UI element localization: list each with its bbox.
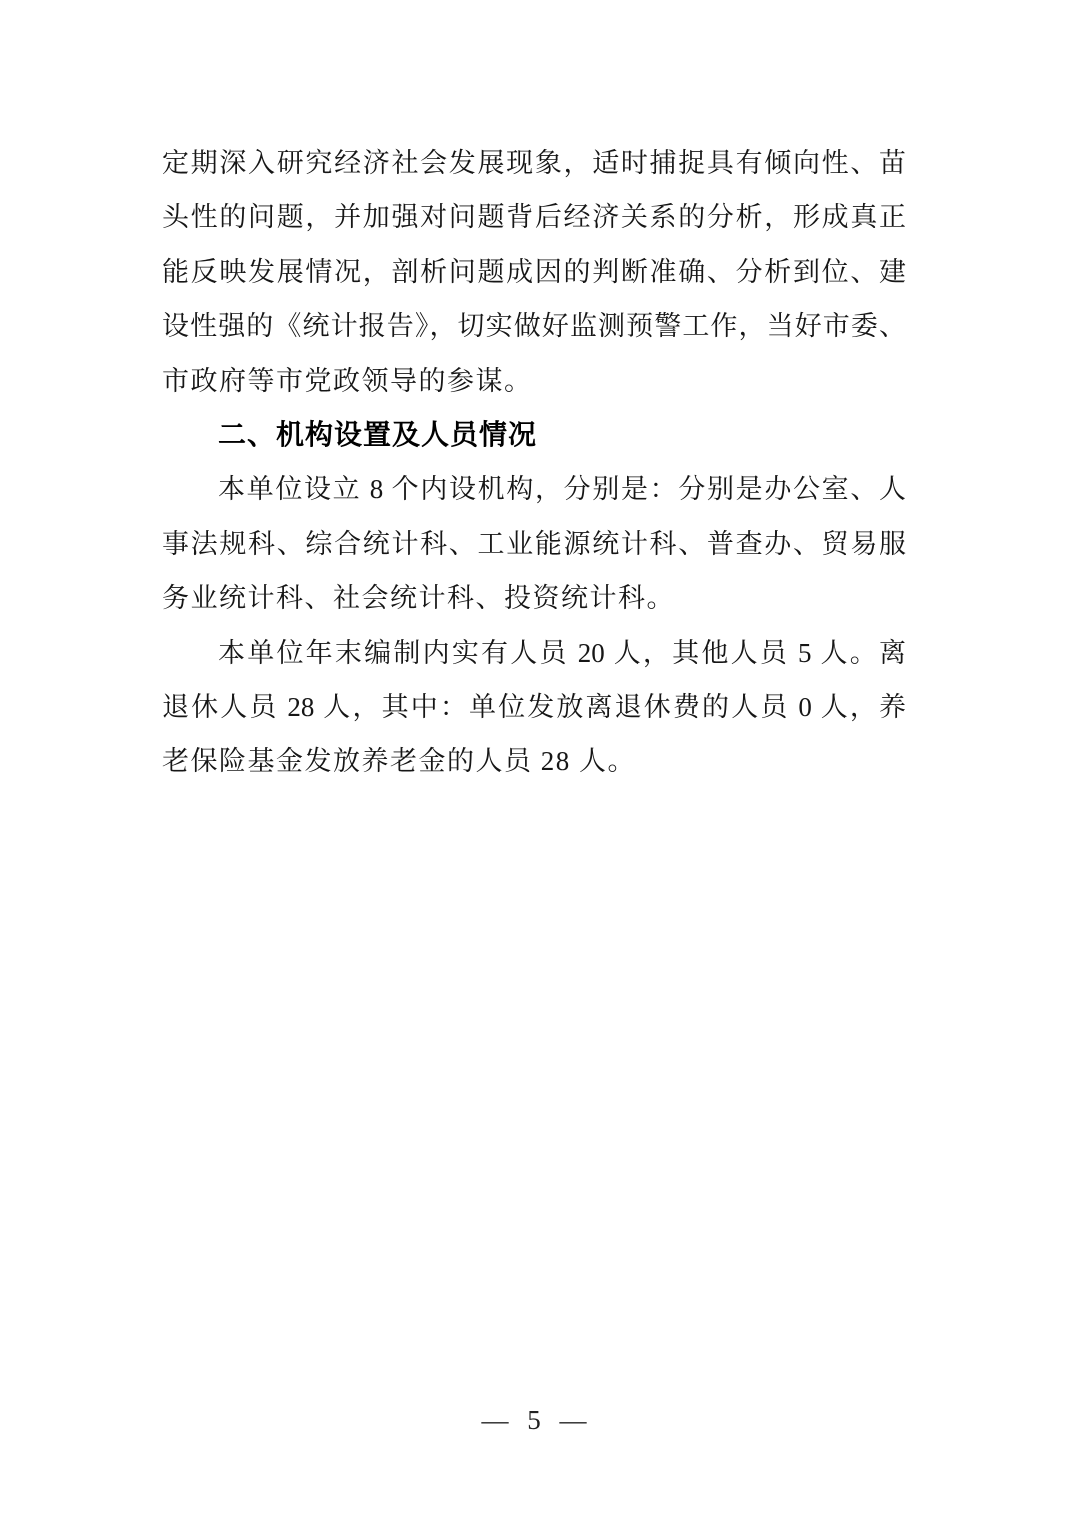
text-line: 务业统计科、社会统计科、投资统计科。 (162, 571, 906, 625)
page-footer: — 5 — (0, 1398, 1074, 1442)
text-line: 头性的问题，并加强对问题背后经济关系的分析，形成真正 (162, 190, 906, 244)
text-line: 事法规科、综合统计科、工业能源统计科、普查办、贸易服 (162, 517, 906, 571)
document-page: 定期深入研究经济社会发展现象，适时捕捉具有倾向性、苗头性的问题，并加强对问题背后… (0, 0, 1074, 1520)
text-line: 本单位设立 8 个内设机构，分别是：分别是办公室、人 (162, 462, 906, 516)
text-line: 退休人员 28 人，其中：单位发放离退休费的人员 0 人，养 (162, 680, 906, 734)
paragraph-statistical-report-duties: 定期深入研究经济社会发展现象，适时捕捉具有倾向性、苗头性的问题，并加强对问题背后… (162, 136, 906, 408)
heading-text-line: 二、机构设置及人员情况 (162, 408, 906, 462)
section-heading-2: 二、机构设置及人员情况 (162, 408, 906, 462)
text-line: 本单位年末编制内实有人员 20 人，其他人员 5 人。离 (162, 626, 906, 680)
text-line: 能反映发展情况，剖析问题成因的判断准确、分析到位、建 (162, 245, 906, 299)
text-line: 市政府等市党政领导的参谋。 (162, 354, 906, 408)
paragraph-internal-departments: 本单位设立 8 个内设机构，分别是：分别是办公室、人事法规科、综合统计科、工业能… (162, 462, 906, 625)
text-line: 设性强的《统计报告》，切实做好监测预警工作，当好市委、 (162, 299, 906, 353)
text-line: 定期深入研究经济社会发展现象，适时捕捉具有倾向性、苗 (162, 136, 906, 190)
text-line: 老保险基金发放养老金的人员 28 人。 (162, 734, 906, 788)
page-number: — 5 — (482, 1405, 593, 1435)
paragraph-staff-numbers: 本单位年末编制内实有人员 20 人，其他人员 5 人。离退休人员 28 人，其中… (162, 626, 906, 789)
document-body: 定期深入研究经济社会发展现象，适时捕捉具有倾向性、苗头性的问题，并加强对问题背后… (162, 136, 906, 789)
